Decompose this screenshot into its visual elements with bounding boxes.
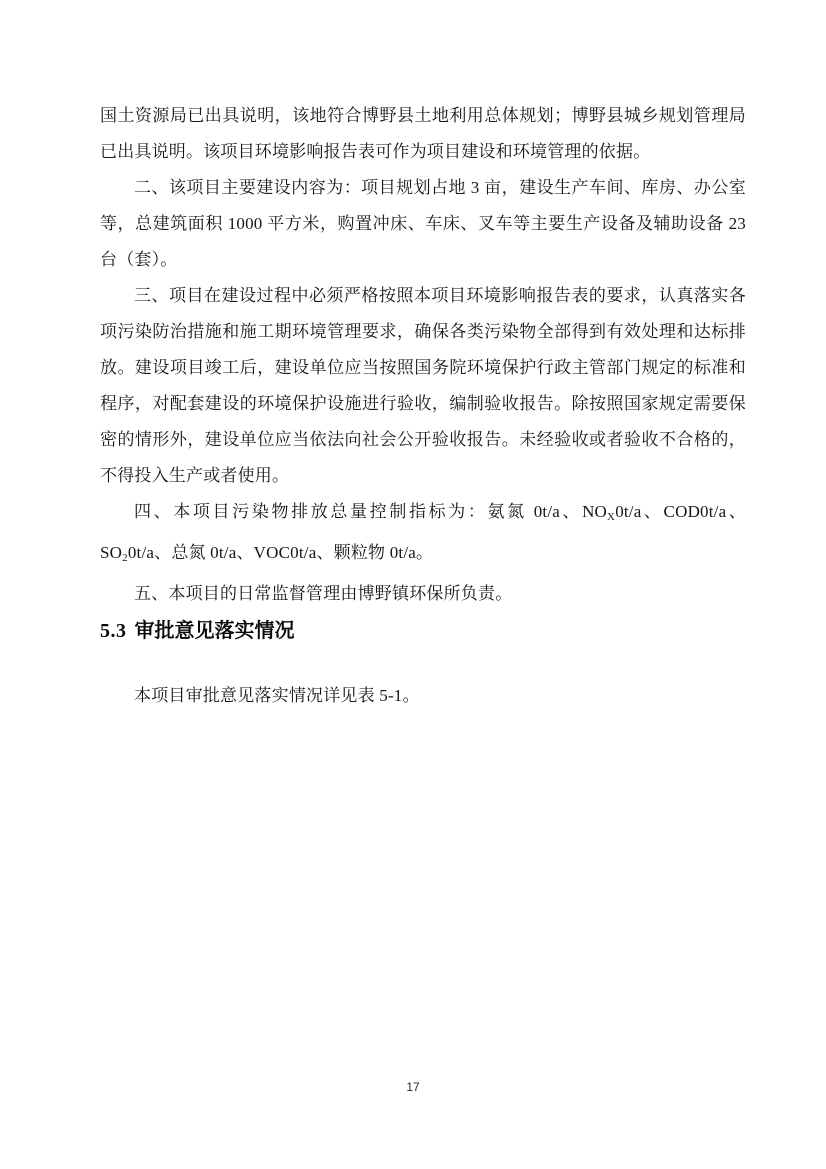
page-footer: 17	[0, 1080, 826, 1094]
paragraph-item-4: 四、本项目污染物排放总量控制指标为：氨氮 0t/a、NOX0t/a、COD0t/…	[100, 494, 746, 576]
paragraph-item-5: 五、本项目的日常监督管理由博野镇环保所负责。	[100, 576, 746, 612]
paragraph-item-2: 二、该项目主要建设内容为：项目规划占地 3 亩，建设生产车间、库房、办公室等，总…	[100, 170, 746, 278]
pollutant-text-tail: 0t/a、总氮 0t/a、VOC0t/a、颗粒物 0t/a。	[128, 543, 433, 562]
paragraph-item-3: 三、项目在建设过程中必须严格按照本项目环境影响报告表的要求，认真落实各项污染防治…	[100, 278, 746, 494]
page-body: 国土资源局已出具说明，该地符合博野县土地利用总体规划；博野县城乡规划管理局已出具…	[100, 98, 746, 714]
paragraph-table-reference: 本项目审批意见落实情况详见表 5-1。	[100, 678, 746, 714]
pollutant-text-lead: 四、本项目污染物排放总量控制指标为：氨氮 0t/a、NO	[134, 502, 607, 521]
paragraph-continuation: 国土资源局已出具说明，该地符合博野县土地利用总体规划；博野县城乡规划管理局已出具…	[100, 98, 746, 170]
section-heading-5-3: 5.3审批意见落实情况	[100, 618, 746, 644]
document-page: 国土资源局已出具说明，该地符合博野县土地利用总体规划；博野县城乡规划管理局已出具…	[0, 0, 826, 1169]
page-number: 17	[406, 1080, 419, 1094]
nox-subscript: X	[607, 511, 615, 523]
section-number: 5.3	[100, 620, 127, 642]
section-title: 审批意见落实情况	[135, 620, 295, 642]
